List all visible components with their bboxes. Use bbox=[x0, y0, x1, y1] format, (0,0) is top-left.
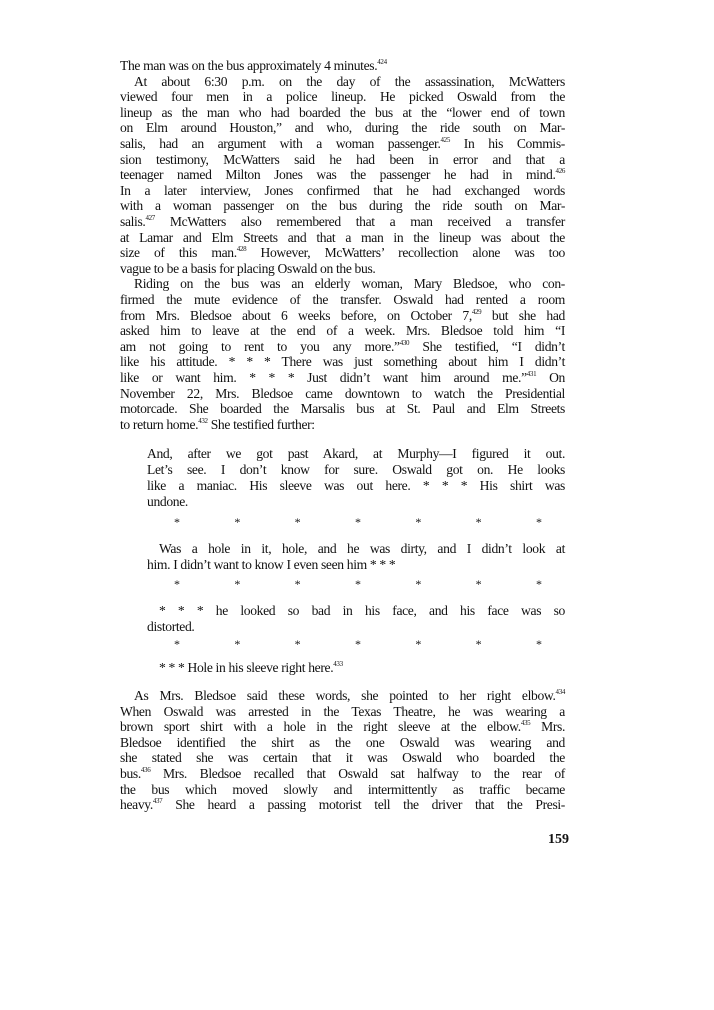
text-line: like a maniac. His sleeve was out here. … bbox=[147, 478, 565, 494]
text-line: * * * Hole in his sleeve right here.433 bbox=[147, 660, 565, 676]
line-text: * * * Hole in his sleeve right here. bbox=[159, 660, 333, 675]
line-text: When Oswald was arrested in the Texas Th… bbox=[120, 704, 565, 719]
text-line: at Lamar and Elm Streets and that a man … bbox=[120, 230, 565, 246]
line-text: like a maniac. His sleeve was out here. … bbox=[147, 478, 565, 493]
text-line: sion testimony, McWatters said he had be… bbox=[120, 152, 565, 168]
text-line: like his attitude. * * * There was just … bbox=[120, 354, 565, 370]
footnote-ref: 426 bbox=[556, 167, 565, 175]
ellipsis-stars: ******* bbox=[174, 577, 542, 592]
ellipsis-stars: ******* bbox=[174, 637, 542, 652]
text-line: And, after we got past Akard, at Murphy—… bbox=[147, 446, 565, 462]
star-glyph: * bbox=[536, 515, 542, 530]
line-text: November 22, Mrs. Bledsoe came downtown … bbox=[120, 386, 565, 401]
line-text-cont: She testified further: bbox=[208, 417, 315, 432]
text-line: undone. bbox=[147, 494, 565, 510]
text-line: to return home.432 She testified further… bbox=[120, 417, 565, 433]
line-text: asked him to leave at the end of a week.… bbox=[120, 323, 565, 338]
line-text-cont: She heard a passing motorist tell the dr… bbox=[162, 797, 565, 812]
star-glyph: * bbox=[234, 637, 240, 652]
footnote-ref: 429 bbox=[472, 308, 481, 316]
text-line: When Oswald was arrested in the Texas Th… bbox=[120, 704, 565, 720]
text-line: As Mrs. Bledsoe said these words, she po… bbox=[120, 688, 565, 704]
text-line: bus.436 Mrs. Bledsoe recalled that Oswal… bbox=[120, 766, 565, 782]
line-text: bus. bbox=[120, 766, 141, 781]
line-text: heavy. bbox=[120, 797, 153, 812]
line-text: undone. bbox=[147, 494, 188, 509]
text-line: from Mrs. Bledsoe about 6 weeks before, … bbox=[120, 308, 565, 324]
line-text-cont: She testified, “I didn’t bbox=[409, 339, 565, 354]
footnote-ref: 427 bbox=[145, 214, 154, 222]
line-text: size of this man. bbox=[120, 245, 237, 260]
line-text: lineup as the man who had boarded the bu… bbox=[120, 105, 565, 120]
text-line: Was a hole in it, hole, and he was dirty… bbox=[147, 541, 565, 557]
footnote-ref: 434 bbox=[556, 688, 565, 696]
footnote-ref: 431 bbox=[527, 370, 536, 378]
footnote-ref: 432 bbox=[198, 417, 207, 425]
line-text: with a woman passenger on the bus during… bbox=[120, 198, 565, 213]
text-line: In a later interview, Jones confirmed th… bbox=[120, 183, 565, 199]
text-line: * * * he looked so bad in his face, and … bbox=[147, 603, 565, 619]
star-glyph: * bbox=[295, 637, 301, 652]
star-glyph: * bbox=[295, 515, 301, 530]
line-text: distorted. bbox=[147, 619, 194, 634]
text-line: Riding on the bus was an elderly woman, … bbox=[120, 276, 565, 292]
star-glyph: * bbox=[476, 637, 482, 652]
line-text: to return home. bbox=[120, 417, 198, 432]
star-glyph: * bbox=[234, 577, 240, 592]
text-line: Let’s see. I don’t know for sure. Oswald… bbox=[147, 462, 565, 478]
line-text: Let’s see. I don’t know for sure. Oswald… bbox=[147, 462, 565, 477]
text-line: vague to be a basis for placing Oswald o… bbox=[120, 261, 565, 277]
line-text-cont: In his Commis- bbox=[450, 136, 565, 151]
line-text: salis. bbox=[120, 214, 145, 229]
line-text: Riding on the bus was an elderly woman, … bbox=[134, 276, 565, 291]
line-text: Bledsoe identified the shirt as the one … bbox=[120, 735, 565, 750]
footnote-ref: 424 bbox=[377, 58, 386, 66]
text-line: brown sport shirt with a hole in the rig… bbox=[120, 719, 565, 735]
line-text: him. I didn’t want to know I even seen h… bbox=[147, 557, 395, 572]
line-text: the bus which moved slowly and intermitt… bbox=[120, 782, 565, 797]
star-glyph: * bbox=[174, 515, 180, 530]
ellipsis-stars: ******* bbox=[174, 515, 542, 530]
star-glyph: * bbox=[476, 515, 482, 530]
line-text: at Lamar and Elm Streets and that a man … bbox=[120, 230, 565, 245]
text-line: salis.427 McWatters also remembered that… bbox=[120, 214, 565, 230]
text-line: lineup as the man who had boarded the bu… bbox=[120, 105, 565, 121]
line-text-cont: Mrs. bbox=[530, 719, 565, 734]
text-line: distorted. bbox=[147, 619, 565, 635]
footnote-ref: 436 bbox=[141, 766, 150, 774]
line-text: firmed the mute evidence of the transfer… bbox=[120, 292, 565, 307]
star-glyph: * bbox=[536, 637, 542, 652]
text-line: like or want him. * * * Just didn’t want… bbox=[120, 370, 565, 386]
line-text: like or want him. * * * Just didn’t want… bbox=[120, 370, 527, 385]
line-text: brown sport shirt with a hole in the rig… bbox=[120, 719, 521, 734]
text-line: Bledsoe identified the shirt as the one … bbox=[120, 735, 565, 751]
line-text: motorcade. She boarded the Marsalis bus … bbox=[120, 401, 565, 416]
star-glyph: * bbox=[415, 577, 421, 592]
footnote-ref: 428 bbox=[237, 245, 246, 253]
footnote-ref: 433 bbox=[333, 660, 342, 668]
text-line: she stated she was certain that it was O… bbox=[120, 750, 565, 766]
text-line: motorcade. She boarded the Marsalis bus … bbox=[120, 401, 565, 417]
text-line: At about 6:30 p.m. on the day of the ass… bbox=[120, 74, 565, 90]
line-text: she stated she was certain that it was O… bbox=[120, 750, 565, 765]
text-line: am not going to rent to you any more.”43… bbox=[120, 339, 565, 355]
text-line: the bus which moved slowly and intermitt… bbox=[120, 782, 565, 798]
line-text: vague to be a basis for placing Oswald o… bbox=[120, 261, 375, 276]
star-glyph: * bbox=[355, 577, 361, 592]
star-glyph: * bbox=[476, 577, 482, 592]
line-text: At about 6:30 p.m. on the day of the ass… bbox=[134, 74, 565, 89]
line-text: As Mrs. Bledsoe said these words, she po… bbox=[134, 688, 556, 703]
text-line: heavy.437 She heard a passing motorist t… bbox=[120, 797, 565, 813]
text-line: teenager named Milton Jones was the pass… bbox=[120, 167, 565, 183]
line-text-cont: On bbox=[536, 370, 565, 385]
footnote-ref: 430 bbox=[400, 339, 409, 347]
text-line: on Elm around Houston,” and who, during … bbox=[120, 120, 565, 136]
line-text: viewed four men in a police lineup. He p… bbox=[120, 89, 565, 104]
footnote-ref: 437 bbox=[153, 797, 162, 805]
text-line: him. I didn’t want to know I even seen h… bbox=[147, 557, 565, 573]
footnote-ref: 435 bbox=[521, 719, 530, 727]
line-text: from Mrs. Bledsoe about 6 weeks before, … bbox=[120, 308, 472, 323]
line-text: on Elm around Houston,” and who, during … bbox=[120, 120, 565, 135]
star-glyph: * bbox=[415, 637, 421, 652]
text-line: The man was on the bus approximately 4 m… bbox=[120, 58, 565, 74]
page-number: 159 bbox=[548, 832, 569, 848]
star-glyph: * bbox=[355, 515, 361, 530]
line-text: And, after we got past Akard, at Murphy—… bbox=[147, 446, 565, 461]
star-glyph: * bbox=[355, 637, 361, 652]
line-text-cont: Mrs. Bledsoe recalled that Oswald sat ha… bbox=[150, 766, 565, 781]
line-text: am not going to rent to you any more.” bbox=[120, 339, 400, 354]
footnote-ref: 425 bbox=[441, 136, 450, 144]
line-text: salis, had an argument with a woman pass… bbox=[120, 136, 441, 151]
line-text: Was a hole in it, hole, and he was dirty… bbox=[159, 541, 565, 556]
star-glyph: * bbox=[174, 637, 180, 652]
document-page: The man was on the bus approximately 4 m… bbox=[0, 0, 714, 1010]
text-line: asked him to leave at the end of a week.… bbox=[120, 323, 565, 339]
line-text-cont: but she had bbox=[481, 308, 565, 323]
star-glyph: * bbox=[234, 515, 240, 530]
line-text: like his attitude. * * * There was just … bbox=[120, 354, 565, 369]
text-line: with a woman passenger on the bus during… bbox=[120, 198, 565, 214]
line-text: The man was on the bus approximately 4 m… bbox=[120, 58, 377, 73]
text-line: size of this man.428 However, McWatters’… bbox=[120, 245, 565, 261]
text-line: firmed the mute evidence of the transfer… bbox=[120, 292, 565, 308]
star-glyph: * bbox=[415, 515, 421, 530]
star-glyph: * bbox=[295, 577, 301, 592]
star-glyph: * bbox=[536, 577, 542, 592]
line-text: sion testimony, McWatters said he had be… bbox=[120, 152, 565, 167]
text-line: viewed four men in a police lineup. He p… bbox=[120, 89, 565, 105]
text-line: November 22, Mrs. Bledsoe came downtown … bbox=[120, 386, 565, 402]
line-text-cont: McWatters also remembered that a man rec… bbox=[155, 214, 565, 229]
line-text: * * * he looked so bad in his face, and … bbox=[159, 603, 565, 618]
line-text-cont: However, McWatters’ recollection alone w… bbox=[246, 245, 565, 260]
text-line: salis, had an argument with a woman pass… bbox=[120, 136, 565, 152]
star-glyph: * bbox=[174, 577, 180, 592]
line-text: In a later interview, Jones confirmed th… bbox=[120, 183, 565, 198]
line-text: teenager named Milton Jones was the pass… bbox=[120, 167, 556, 182]
